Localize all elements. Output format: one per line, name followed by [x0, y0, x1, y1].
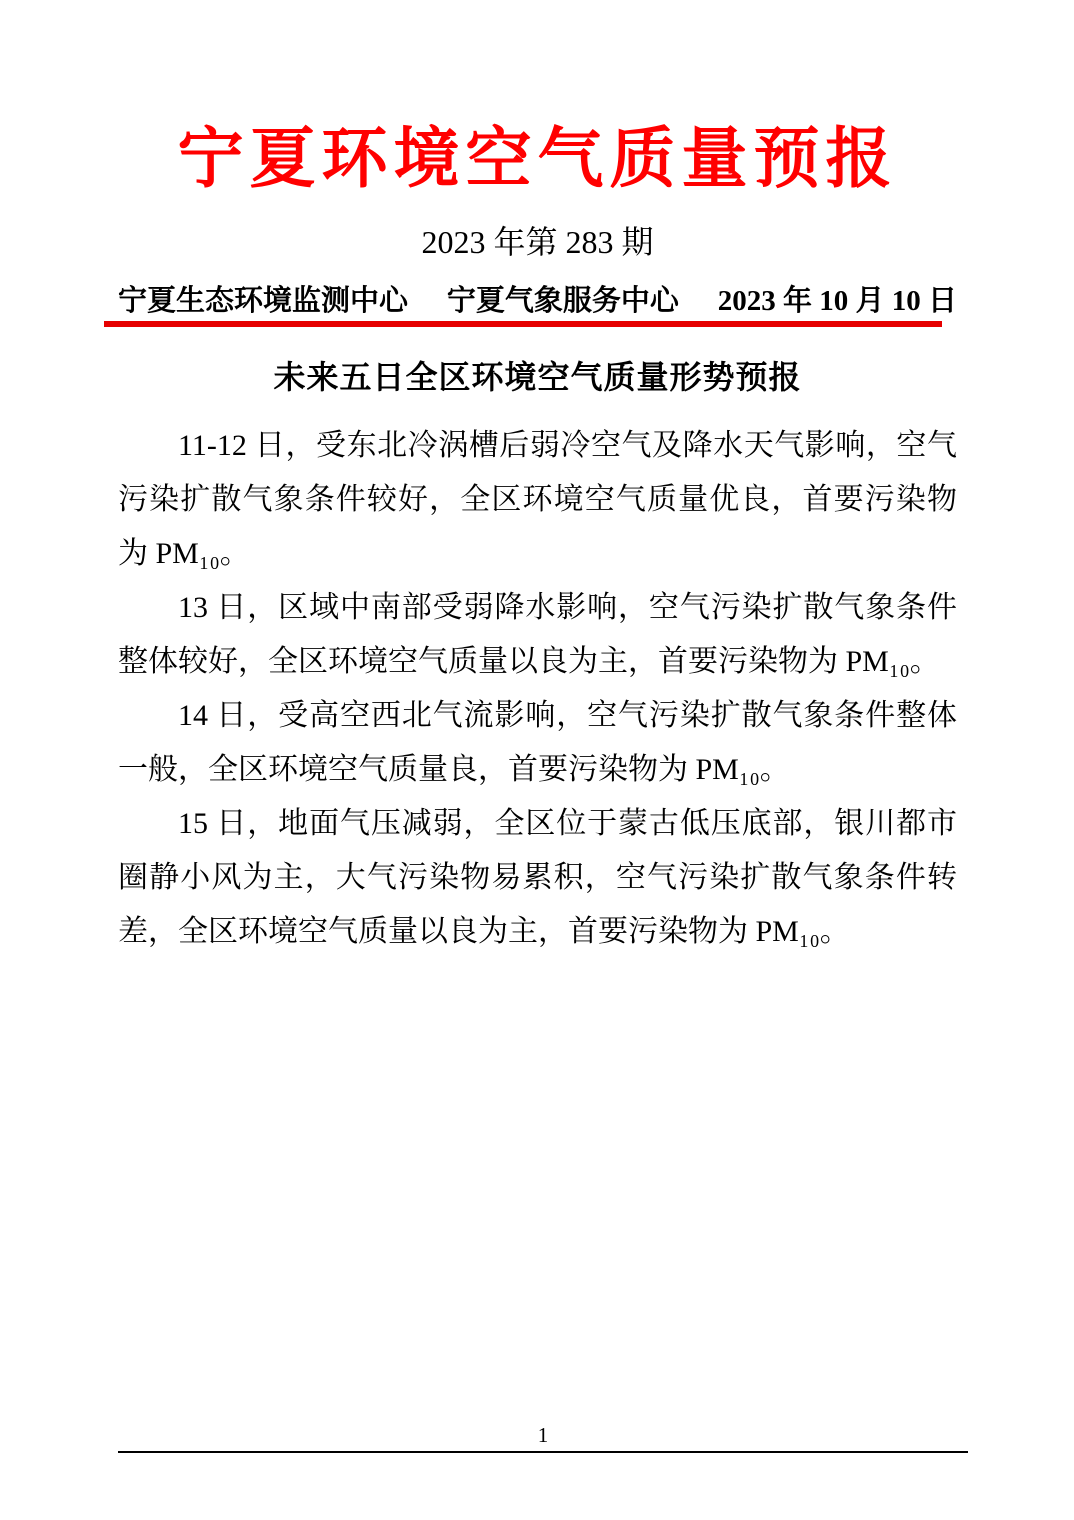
- issue-date: 2023 年 10 月 10 日: [718, 284, 957, 318]
- forecast-body: 11-12 日，受东北冷涡槽后弱冷空气及降水天气影响，空气污染扩散气象条件较好，…: [118, 419, 957, 959]
- page-footer: 1: [118, 1422, 968, 1453]
- footer-rule: [118, 1451, 968, 1453]
- document-content: 宁夏环境空气质量预报 2023 年第 283 期 宁夏生态环境监测中心 宁夏气象…: [0, 0, 1074, 959]
- forecast-paragraph-day11-12: 11-12 日，受东北冷涡槽后弱冷空气及降水天气影响，空气污染扩散气象条件较好，…: [118, 419, 957, 581]
- forecast-paragraph-day13: 13 日，区域中南部受弱降水影响，空气污染扩散气象条件整体较好，全区环境空气质量…: [118, 581, 957, 689]
- forecast-paragraph-day14: 14 日，受高空西北气流影响，空气污染扩散气象条件整体一般，全区环境空气质量良，…: [118, 689, 957, 797]
- header-divider-rule: [104, 321, 942, 327]
- page-number: 1: [118, 1422, 968, 1448]
- document-title: 宁夏环境空气质量预报: [118, 116, 957, 204]
- issue-number: 2023 年第 283 期: [118, 222, 957, 262]
- issuer-line: 宁夏生态环境监测中心 宁夏气象服务中心 2023 年 10 月 10 日: [118, 284, 957, 318]
- section-heading: 未来五日全区环境空气质量形势预报: [118, 357, 957, 397]
- issuer-monitoring-center: 宁夏生态环境监测中心: [118, 284, 408, 318]
- forecast-paragraph-day15: 15 日，地面气压减弱，全区位于蒙古低压底部，银川都市圈静小风为主，大气污染物易…: [118, 797, 957, 959]
- document-page: 宁夏环境空气质量预报 2023 年第 283 期 宁夏生态环境监测中心 宁夏气象…: [0, 0, 1074, 1520]
- issuer-weather-center: 宁夏气象服务中心: [447, 284, 679, 318]
